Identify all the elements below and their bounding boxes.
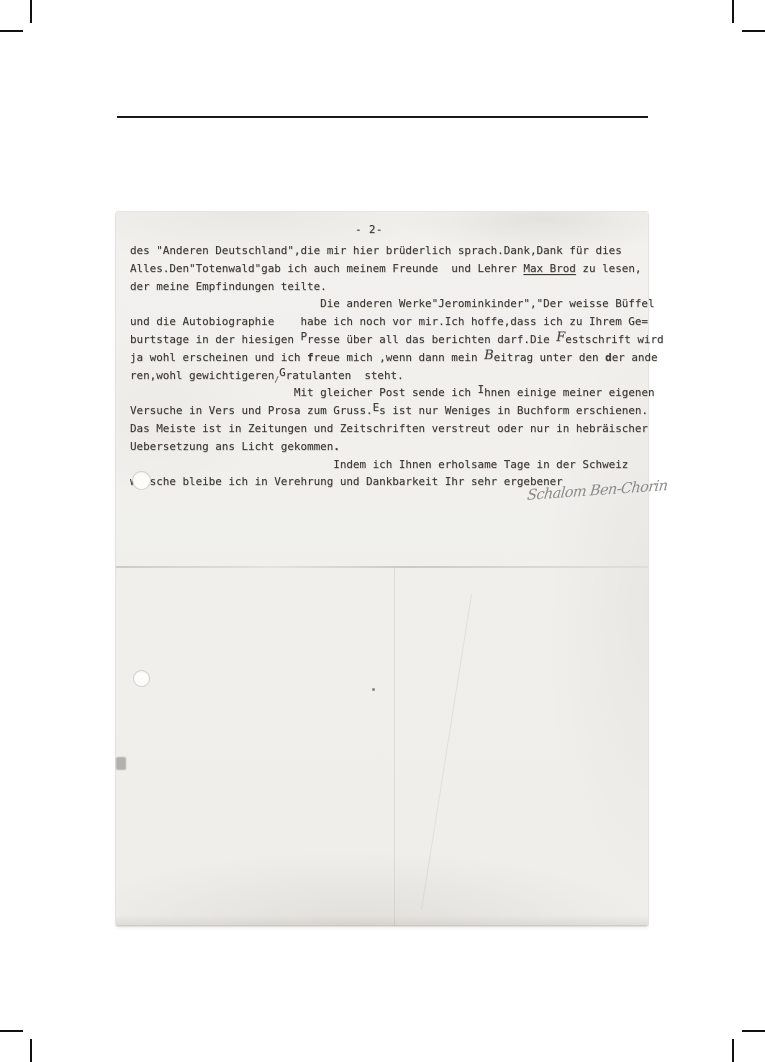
punch-hole-bottom <box>134 671 149 686</box>
letter-line: burtstage in der hiesigen Presse über al… <box>130 331 690 349</box>
crop-mark-bottom-left-horizontal <box>0 1030 23 1032</box>
crop-mark-top-right-horizontal <box>742 30 765 32</box>
diagonal-crease <box>421 594 472 910</box>
crop-mark-bottom-left-vertical <box>30 1039 32 1062</box>
letter-line: Mit gleicher Post sende ich Ihnen einige… <box>130 384 690 402</box>
letter-line: ja wohl erscheinen und ich freue mich ,w… <box>130 349 690 367</box>
letter-line: Uebersetzung ans Licht gekommen. <box>130 438 690 456</box>
header-rule <box>117 116 648 118</box>
letter-line: des "Anderen Deutschland",die mir hier b… <box>130 242 690 260</box>
fold-crease <box>116 566 648 568</box>
stray-ink-dot <box>372 688 375 691</box>
letter-line: Das Meiste ist in Zeitungen und Zeitschr… <box>130 420 690 438</box>
crop-mark-top-left-vertical <box>30 0 32 23</box>
punch-hole-top <box>133 472 150 489</box>
crop-mark-top-right-vertical <box>732 0 734 23</box>
letter-line: der meine Empfindungen teilte. <box>130 278 690 296</box>
letter-line: Indem ich Ihnen erholsame Tage in der Sc… <box>130 456 690 474</box>
vertical-crease <box>394 568 395 926</box>
letter-body: des "Anderen Deutschland",die mir hier b… <box>130 242 690 491</box>
letter-line: Alles.Den"Totenwald"gab ich auch meinem … <box>130 260 690 278</box>
page-bottom-edge <box>116 915 648 926</box>
page-number: - 2- <box>355 223 383 236</box>
edge-smudge <box>116 757 126 770</box>
scan-plate: - 2- des "Anderen Deutschland",die mir h… <box>0 0 765 1062</box>
letter-line: Die anderen Werke"Jerominkinder","Der we… <box>130 295 690 313</box>
crop-mark-top-left-horizontal <box>0 30 23 32</box>
letter-line: und die Autobiographie habe ich noch vor… <box>130 313 690 331</box>
crop-mark-bottom-right-horizontal <box>742 1030 765 1032</box>
letter-line: ren,wohl gewichtigeren/Gratulanten steht… <box>130 367 690 385</box>
crop-mark-bottom-right-vertical <box>732 1039 734 1062</box>
letter-line: Versuche in Vers und Prosa zum Gruss.Es … <box>130 402 690 420</box>
